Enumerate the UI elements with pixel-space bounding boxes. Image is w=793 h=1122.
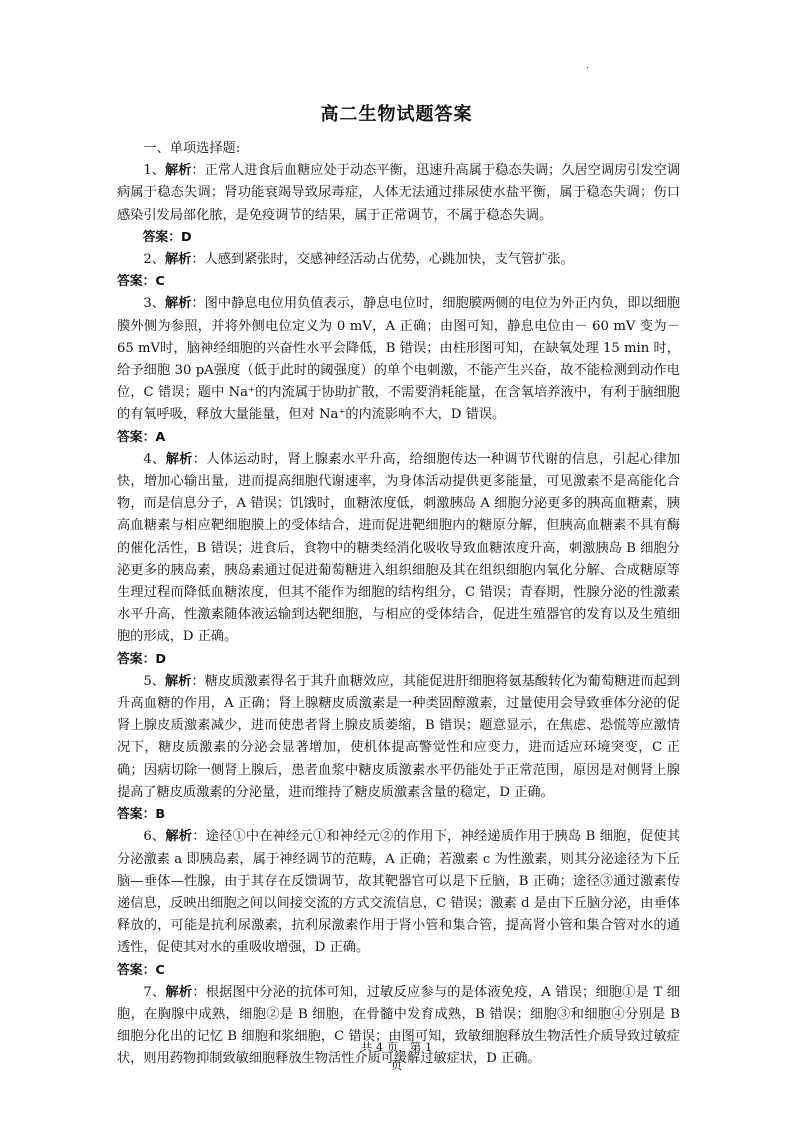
page-title: 高二生物试题答案: [0, 100, 793, 126]
analysis-label: 解析: [165, 296, 191, 311]
analysis-label: 解析: [165, 163, 191, 178]
question-1-answer: 答案：D: [117, 227, 680, 249]
page-count-suffix: 页: [0, 1056, 793, 1074]
question-6-answer: 答案：C: [117, 960, 680, 982]
page-footer: 共 4 页，第 1 页: [0, 1038, 793, 1074]
page-count: 共 4 页，第 1: [0, 1038, 793, 1056]
question-5-analysis: 5、解析：糖皮质激素得名于其升血糖效应，其能促进肝细胞将氨基酸转化为葡萄糖进而起…: [117, 671, 680, 804]
question-3-answer: 答案：A: [117, 427, 680, 449]
question-1-analysis: 1、解析：正常人进食后血糖应处于动态平衡，迅速升高属于稳态失调；久居空调房引发空…: [117, 160, 680, 227]
analysis-label: 解析: [165, 985, 192, 1000]
question-2-answer: 答案：C: [117, 271, 680, 293]
section-heading: 一、单项选择题:: [117, 138, 680, 160]
question-2-analysis: 2、解析：人感到紧张时，交感神经活动占优势，心跳加快，支气管扩张。: [117, 249, 680, 271]
question-3-analysis: 3、解析：图中静息电位用负值表示，静息电位时，细胞膜两侧的电位为外正内负，即以细…: [117, 293, 680, 426]
question-6-analysis: 6、解析：途径①中在神经元①和神经元②的作用下，神经递质作用于胰岛 B 细胞，促…: [117, 826, 680, 959]
question-4-answer: 答案：D: [117, 649, 680, 671]
stray-mark: [587, 67, 588, 68]
analysis-label: 解析: [165, 829, 192, 844]
question-4-analysis: 4、解析：人体运动时，肾上腺素水平升高，给细胞传达一种调节代谢的信息，引起心律加…: [117, 449, 680, 649]
analysis-label: 解析: [165, 674, 191, 689]
question-5-answer: 答案：B: [117, 804, 680, 826]
analysis-label: 解析: [166, 452, 193, 467]
analysis-label: 解析: [165, 252, 191, 267]
document-body: 一、单项选择题: 1、解析：正常人进食后血糖应处于动态平衡，迅速升高属于稳态失调…: [117, 138, 680, 1071]
